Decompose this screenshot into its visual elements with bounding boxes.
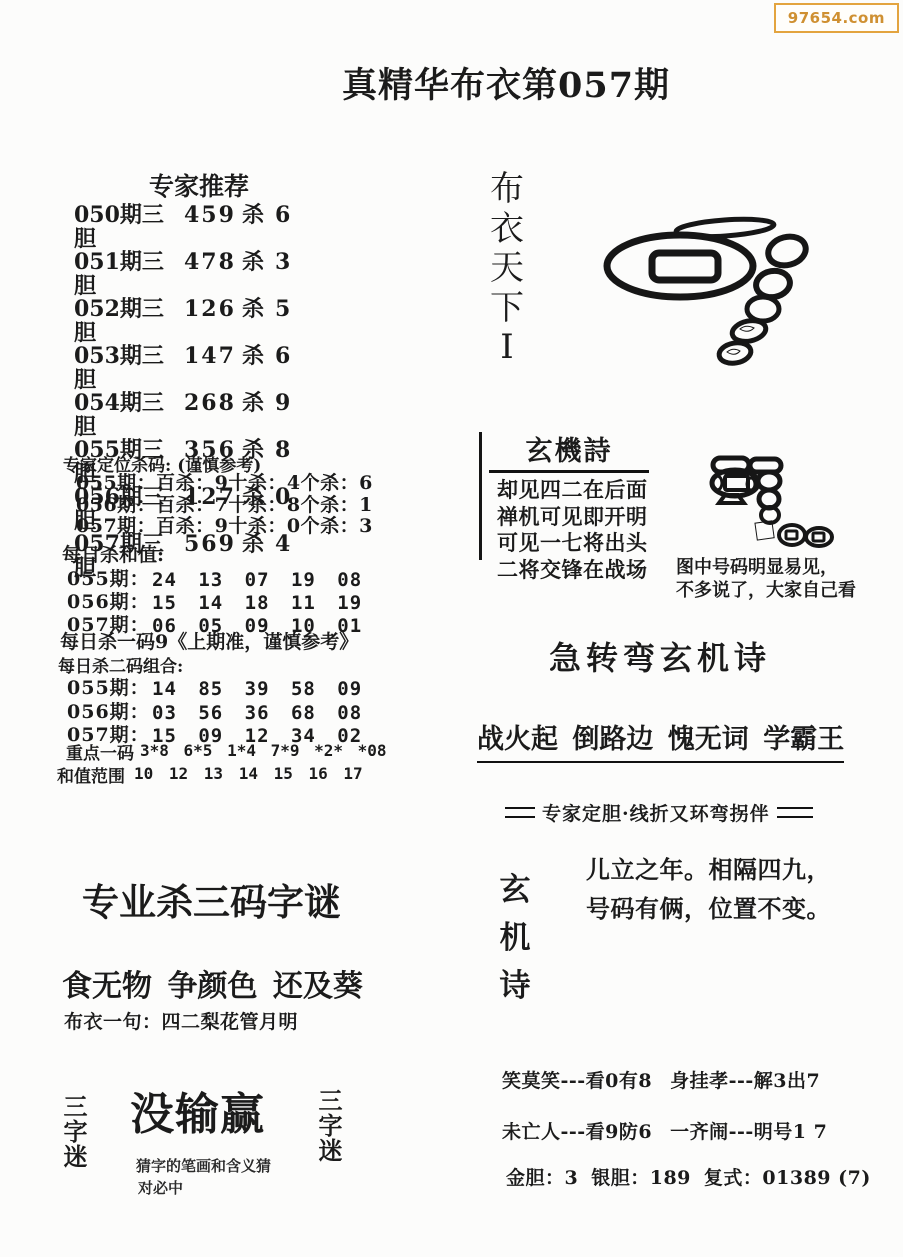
row-numbers: 24 13 07 19 08: [152, 568, 362, 591]
mystery-poem-box: 玄機詩 却见四二在后面 禅机可见即开明 可见一七将出头 二将交锋在战场: [489, 429, 649, 583]
row-numbers: 459: [184, 204, 242, 251]
three-char-riddle-label-left: 三字迷: [62, 1094, 89, 1169]
coin-chain-sketch: [580, 195, 880, 385]
row-numbers: 14 85 39 58 09: [152, 677, 362, 701]
key-one-code-row: 重点一码 3*8 6*5 1*4 7*9 *2* *08: [66, 739, 387, 764]
final-picks-row: 金胆：3 银胆：189 复式：01389 (7): [506, 1163, 871, 1190]
poem-line: 却见四二在后面: [497, 477, 649, 504]
row-kill-value: 5: [275, 298, 290, 345]
row-numbers: 147: [184, 345, 242, 392]
row-numbers: 478: [184, 251, 242, 298]
expert-row: 052期三胆 126 杀 5: [74, 298, 290, 345]
expert-row: 050期三胆 459 杀 6: [74, 204, 290, 251]
kill-three-riddle-header: 专业杀三码字谜: [82, 872, 341, 926]
row-period: 053期三胆: [74, 345, 184, 392]
row-period: 051期三胆: [74, 251, 184, 298]
key-one-values: 3*8 6*5 1*4 7*9 *2* *08: [140, 739, 387, 764]
sum-range-values: 10 12 13 14 15 16 17: [134, 762, 363, 787]
row-period: 052期三胆: [74, 298, 184, 345]
row-period: 055期：: [67, 568, 152, 591]
sharp-turn-poem-line: 战火起 倒路边 愧无词 学霸王: [477, 717, 844, 763]
figure-caption: 图中号码明显易见， 不多说了，大家自己看: [676, 556, 856, 602]
position-kill-row: 055期：百杀：9十杀：4个杀：6: [76, 473, 373, 495]
daily-kill-one-header: 每日杀一码9《上期准，谨慎参考》: [60, 627, 358, 654]
daily-two-row: 056期： 03 56 36 68 08: [67, 701, 362, 725]
poem-line: 禅机可见即开明: [497, 504, 649, 531]
riddle-hint-line2: 对必中: [138, 1177, 183, 1198]
tip-item: 一齐闹---明号1 7: [670, 1117, 827, 1144]
daily-sum-row: 056期： 15 14 18 11 19: [67, 591, 362, 614]
expert-recommend-header: 专家推荐: [149, 167, 249, 203]
coin-column-sketch: [680, 438, 870, 563]
row-period: 056期：: [67, 701, 152, 725]
row-kill-value: 6: [275, 345, 290, 392]
silver-dan-value: 银胆：189: [591, 1163, 691, 1190]
key-one-label: 重点一码: [66, 739, 140, 764]
row-period: 054期三胆: [74, 392, 184, 439]
row-kill-value: 9: [275, 392, 290, 439]
expert-row: 051期三胆 478 杀 3: [74, 251, 290, 298]
row-numbers: 03 56 36 68 08: [152, 701, 362, 725]
expert-row: 053期三胆 147 杀 6: [74, 345, 290, 392]
xuanji-line2: 号码有俩，位置不变。: [586, 889, 831, 928]
row-kill-value: 3: [275, 251, 290, 298]
lottery-tips-sheet: 97654.com 真精华布衣第057期 专家推荐 050期三胆 459 杀 6…: [0, 0, 903, 1257]
row-numbers: 268: [184, 392, 242, 439]
daily-kill-two-header: 每日杀二码组合:: [58, 652, 183, 677]
expert-banner-row: 专家定胆·线折又环弯拐伴: [505, 799, 813, 826]
row-kill-label: 杀: [242, 392, 275, 439]
tip-item: 未亡人---看9防6: [502, 1117, 652, 1144]
xuanji-line1: 儿立之年。相隔四九，: [586, 850, 831, 889]
daily-two-row: 055期： 14 85 39 58 09: [67, 677, 362, 701]
position-kill-table: 055期：百杀：9十杀：4个杀：6 056期：百杀：7十杀：8个杀：1 057期…: [76, 473, 373, 538]
sharp-turn-poem-title: 急转弯玄机诗: [549, 633, 771, 679]
riddle-hint-line1: 猜字的笔画和含义猜: [136, 1155, 271, 1176]
compound-value: 复式：01389 (7): [704, 1163, 871, 1190]
row-period: 055期：: [67, 677, 152, 701]
gold-dan-value: 金胆：3: [506, 1163, 578, 1190]
sum-range-row: 和值范围 10 12 13 14 15 16 17: [57, 762, 363, 787]
daily-kill-two-table: 055期： 14 85 39 58 09 056期： 03 56 36 68 0…: [67, 677, 362, 748]
poem-line: 可见一七将出头: [497, 530, 649, 557]
position-kill-row: 057期：百杀：9十杀：0个杀：3: [76, 516, 373, 538]
double-line-left-icon: [505, 807, 535, 818]
row-period: 050期三胆: [74, 204, 184, 251]
sum-range-label: 和值范围: [57, 762, 134, 787]
buyi-sentence: 布衣一句：四二梨花管月明: [64, 1007, 298, 1034]
tip-row: 未亡人---看9防6 一齐闹---明号1 7: [502, 1117, 827, 1144]
figure-caption-line1: 图中号码明显易见，: [676, 556, 856, 579]
tip-item: 笑莫笑---看0有8: [502, 1066, 652, 1093]
tip-row: 笑莫笑---看0有8 身挂孝---解3出7: [502, 1066, 820, 1093]
watermark-badge: 97654.com: [774, 3, 899, 33]
mystery-poem-title: 玄機詩: [489, 429, 649, 473]
daily-sum-row: 055期： 24 13 07 19 08: [67, 568, 362, 591]
buyi-tianxia-vertical-title: 布衣天下I: [487, 170, 527, 368]
row-kill-label: 杀: [242, 204, 275, 251]
row-kill-label: 杀: [242, 251, 275, 298]
mystery-poem-left-rule: [479, 432, 482, 560]
poem-line: 二将交锋在战场: [497, 557, 649, 584]
page-title: 真精华布衣第057期: [342, 58, 670, 108]
row-kill-value: 6: [275, 204, 290, 251]
row-numbers: 126: [184, 298, 242, 345]
riddle-line: 食无物 争颜色 还及葵: [62, 961, 363, 1005]
three-char-riddle-label-right: 三字迷: [317, 1088, 344, 1163]
tip-item: 身挂孝---解3出7: [670, 1066, 820, 1093]
row-numbers: 15 14 18 11 19: [152, 591, 362, 614]
three-char-riddle-answer: 没输赢: [130, 1078, 265, 1142]
figure-caption-line2: 不多说了，大家自己看: [676, 579, 856, 602]
xuanji-poem-lines: 儿立之年。相隔四九， 号码有俩，位置不变。: [586, 850, 831, 928]
row-kill-label: 杀: [242, 345, 275, 392]
row-kill-label: 杀: [242, 298, 275, 345]
expert-row: 054期三胆 268 杀 9: [74, 392, 290, 439]
daily-kill-sum-header: 每日杀和值:: [62, 540, 164, 567]
double-line-right-icon: [777, 807, 813, 818]
xuanji-poem-vertical-label: 玄机诗: [497, 866, 533, 1010]
position-kill-row: 056期：百杀：7十杀：8个杀：1: [76, 495, 373, 517]
row-period: 056期：: [67, 591, 152, 614]
mystery-poem-lines: 却见四二在后面 禅机可见即开明 可见一七将出头 二将交锋在战场: [489, 477, 649, 583]
expert-banner-text: 专家定胆·线折又环弯拐伴: [542, 799, 770, 826]
